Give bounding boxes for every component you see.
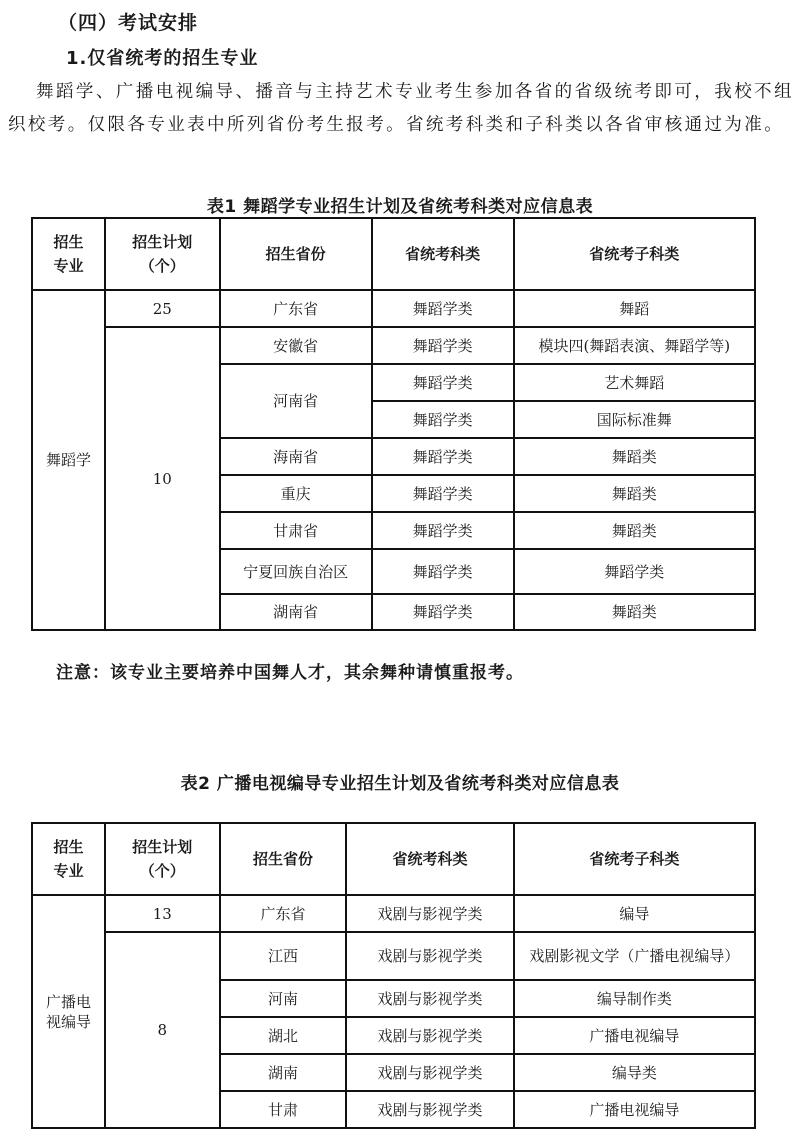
category-cell: 舞蹈学类 xyxy=(372,594,514,630)
plan-cell: 25 xyxy=(105,290,220,327)
province-cell: 重庆 xyxy=(220,475,372,512)
province-cell: 甘肃省 xyxy=(220,512,372,549)
province-cell: 海南省 xyxy=(220,438,372,475)
subcategory-cell: 广播电视编导 xyxy=(514,1017,755,1054)
header-province: 招生省份 xyxy=(220,823,347,895)
table-row: 广播电视编导 13 广东省 戏剧与影视学类 编导 xyxy=(32,895,755,932)
header-plan: 招生计划 （个） xyxy=(105,218,220,290)
subcategory-cell: 舞蹈类 xyxy=(514,475,755,512)
header-category: 省统考科类 xyxy=(346,823,513,895)
subcategory-cell: 编导类 xyxy=(514,1054,755,1091)
plan-cell: 13 xyxy=(105,895,220,932)
subcategory-cell: 舞蹈 xyxy=(514,290,755,327)
header-major: 招生 专业 xyxy=(32,823,105,895)
province-cell: 湖南 xyxy=(220,1054,347,1091)
header-plan: 招生计划 （个） xyxy=(105,823,220,895)
province-cell: 甘肃 xyxy=(220,1091,347,1128)
subcategory-cell: 舞蹈学类 xyxy=(514,549,755,594)
subcategory-cell: 舞蹈类 xyxy=(514,512,755,549)
table-header-row: 招生 专业 招生计划 （个） 招生省份 省统考科类 省统考子科类 xyxy=(32,823,755,895)
dance-enrollment-table: 招生 专业 招生计划 （个） 招生省份 省统考科类 省统考子科类 舞蹈学 25 … xyxy=(31,217,756,631)
subcategory-cell: 编导 xyxy=(514,895,755,932)
header-province: 招生省份 xyxy=(220,218,372,290)
intro-paragraph: 舞蹈学、广播电视编导、播音与主持艺术专业考生参加各省的省级统考即可，我校不组织校… xyxy=(8,76,794,142)
category-cell: 舞蹈学类 xyxy=(372,549,514,594)
subsection-title: 1.仅省统考的招生专业 xyxy=(66,44,258,70)
category-cell: 戏剧与影视学类 xyxy=(346,980,513,1017)
category-cell: 舞蹈学类 xyxy=(372,401,514,438)
subcategory-cell: 编导制作类 xyxy=(514,980,755,1017)
category-cell: 舞蹈学类 xyxy=(372,364,514,401)
category-cell: 舞蹈学类 xyxy=(372,327,514,364)
header-major: 招生 专业 xyxy=(32,218,105,290)
province-cell: 广东省 xyxy=(220,290,372,327)
header-subcategory: 省统考子科类 xyxy=(514,218,755,290)
subcategory-cell: 舞蹈类 xyxy=(514,438,755,475)
plan-cell: 10 xyxy=(105,327,220,630)
plan-cell: 8 xyxy=(105,932,220,1128)
subcategory-cell: 模块四(舞蹈表演、舞蹈学等) xyxy=(514,327,755,364)
subcategory-cell: 国际标准舞 xyxy=(514,401,755,438)
table-row: 舞蹈学 25 广东省 舞蹈学类 舞蹈 xyxy=(32,290,755,327)
broadcast-directing-enrollment-table: 招生 专业 招生计划 （个） 招生省份 省统考科类 省统考子科类 广播电视编导 … xyxy=(31,822,756,1129)
major-cell: 舞蹈学 xyxy=(32,290,105,630)
province-cell: 安徽省 xyxy=(220,327,372,364)
table-header-row: 招生 专业 招生计划 （个） 招生省份 省统考科类 省统考子科类 xyxy=(32,218,755,290)
major-cell: 广播电视编导 xyxy=(32,895,105,1128)
province-cell: 江西 xyxy=(220,932,347,980)
category-cell: 戏剧与影视学类 xyxy=(346,1091,513,1128)
table-row: 8 江西 戏剧与影视学类 戏剧影视文学（广播电视编导） xyxy=(32,932,755,980)
province-cell: 湖南省 xyxy=(220,594,372,630)
province-cell: 广东省 xyxy=(220,895,347,932)
category-cell: 舞蹈学类 xyxy=(372,475,514,512)
subcategory-cell: 广播电视编导 xyxy=(514,1091,755,1128)
province-cell: 河南 xyxy=(220,980,347,1017)
header-subcategory: 省统考子科类 xyxy=(514,823,755,895)
subcategory-cell: 戏剧影视文学（广播电视编导） xyxy=(514,932,755,980)
header-category: 省统考科类 xyxy=(372,218,514,290)
category-cell: 舞蹈学类 xyxy=(372,290,514,327)
province-cell: 宁夏回族自治区 xyxy=(220,549,372,594)
section-title: （四）考试安排 xyxy=(58,8,198,35)
category-cell: 戏剧与影视学类 xyxy=(346,895,513,932)
category-cell: 舞蹈学类 xyxy=(372,512,514,549)
subcategory-cell: 艺术舞蹈 xyxy=(514,364,755,401)
category-cell: 戏剧与影视学类 xyxy=(346,1017,513,1054)
province-cell: 湖北 xyxy=(220,1017,347,1054)
table2-caption: 表2 广播电视编导专业招生计划及省统考科类对应信息表 xyxy=(0,769,800,794)
category-cell: 戏剧与影视学类 xyxy=(346,1054,513,1091)
table-row: 10 安徽省 舞蹈学类 模块四(舞蹈表演、舞蹈学等) xyxy=(32,327,755,364)
category-cell: 舞蹈学类 xyxy=(372,438,514,475)
subcategory-cell: 舞蹈类 xyxy=(514,594,755,630)
province-cell: 河南省 xyxy=(220,364,372,438)
table1-caption: 表1 舞蹈学专业招生计划及省统考科类对应信息表 xyxy=(0,192,800,217)
note-text: 注意：该专业主要培养中国舞人才，其余舞种请慎重报考。 xyxy=(56,658,524,683)
category-cell: 戏剧与影视学类 xyxy=(346,932,513,980)
